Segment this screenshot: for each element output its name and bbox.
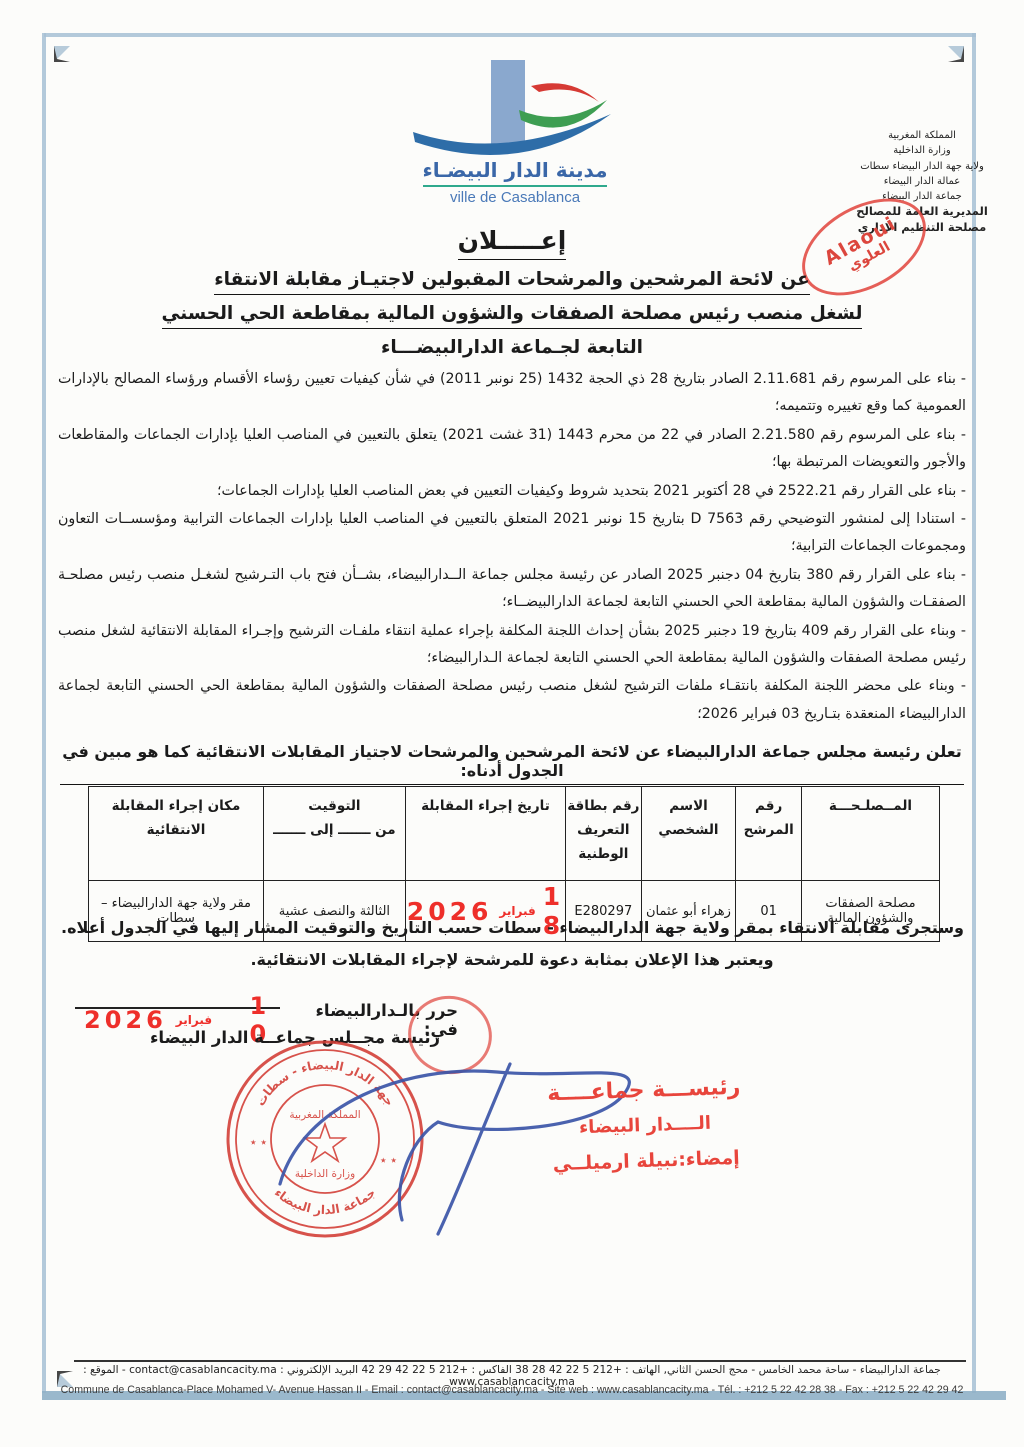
frame-right-border — [972, 33, 976, 1393]
announcement-main-title: إعـــــلان — [60, 226, 964, 260]
casablanca-city-logo: مدينة الدار البيضـاء ville de Casablanca — [398, 58, 632, 206]
col-header-id-l1: رقم بطاقة — [567, 794, 639, 818]
col-header-timing-l2: من ـــــــ إلى ـــــــ — [265, 818, 404, 842]
interview-date-month: فبراير — [499, 904, 535, 918]
legal-paragraph: - وبناء على القرار رقم 409 بتاريخ 19 دجن… — [58, 618, 966, 673]
letterhead-line: المملكة المغربية — [842, 128, 1002, 143]
col-header-interview-place: مكان إجراء المقابلة الانتقائية — [89, 787, 264, 881]
frame-corner-triangle-top-left — [54, 46, 70, 62]
invitation-note: ويعتبر هذا الإعلان بمثابة دعوة للمرشحة ل… — [60, 950, 964, 969]
interview-location-note: وستجرى مقابلة الانتقاء بمقر ولاية جهة ال… — [60, 918, 964, 937]
announcement-declaration-text: تعلن رئيسة مجلس جماعة الدارالبيضاء عن لا… — [60, 742, 964, 785]
legal-paragraph: - بناء على القرار رقم 380 بتاريخ 04 دجنب… — [58, 562, 966, 617]
col-header-service: المــصلـحـــة — [801, 787, 939, 881]
footer-separator-line — [74, 1360, 966, 1362]
col-header-timing: التوقيت من ـــــــ إلى ـــــــ — [263, 787, 405, 881]
legal-references-block: - بناء على المرسوم رقم 2.11.681 الصادر ب… — [58, 366, 966, 729]
col-header-id-l2: التعريف — [567, 818, 639, 842]
table-header-row: المــصلـحـــة رقم المرشح الاسم الشخصي رق… — [89, 787, 940, 881]
footer-contact-french: Commune de Casablanca-Place Mohamed V- A… — [55, 1384, 969, 1396]
col-header-place-text: مكان إجراء المقابلة الانتقائية — [112, 798, 241, 838]
announcement-subtitle-1: عن لائحة المرشحين والمرشحات المقبولين لا… — [60, 269, 964, 295]
frame-left-border — [42, 33, 46, 1393]
col-header-personal-name: الاسم الشخصي — [641, 787, 736, 881]
col-header-name-text: الاسم الشخصي — [658, 798, 718, 838]
legal-paragraph: - استنادا إلى لمنشور التوضيحي رقم D 7563… — [58, 506, 966, 561]
announcement-subtitle-3-text: التابعة لجـماعة الدارالبيضـــاء — [381, 337, 643, 358]
announcement-main-title-text: إعـــــلان — [458, 226, 567, 260]
scanned-announcement-document: مدينة الدار البيضـاء ville de Casablanca… — [0, 0, 1024, 1447]
col-header-number-l2: المرشح — [737, 818, 800, 842]
col-header-candidate-number: رقم المرشح — [736, 787, 802, 881]
col-header-number-l1: رقم — [737, 794, 800, 818]
letterhead-line: ولاية جهة الدار البيضاء سطات — [842, 159, 1002, 174]
col-header-timing-l1: التوقيت — [265, 794, 404, 818]
col-header-date-text: تاريخ إجراء المقابلة — [421, 798, 550, 814]
logo-title-arabic: مدينة الدار البيضـاء — [423, 158, 608, 187]
drafted-date-month: فبراير — [176, 1013, 212, 1027]
frame-top-border — [44, 33, 976, 37]
announcement-subtitle-1-text: عن لائحة المرشحين والمرشحات المقبولين لا… — [214, 269, 810, 295]
stamp-caption-line2: الــــدار البيضاء — [500, 1110, 791, 1141]
legal-paragraph: - بناء على المرسوم رقم 2.11.681 الصادر ب… — [58, 366, 966, 421]
legal-paragraph: - وبناء على محضر اللجنة المكلفة بانتقـاء… — [58, 673, 966, 728]
red-stamp-caption: رئيســـة جماعــــة الــــدار البيضاء إمض… — [498, 1073, 791, 1177]
col-header-service-text: المــصلـحـــة — [829, 798, 912, 814]
announcement-subtitle-2-text: لشغل منصب رئيس مصلحة الصفقات والشؤون الم… — [162, 303, 863, 329]
letterhead-line: عمالة الدار البيضاء — [842, 174, 1002, 189]
logo-title-french: ville de Casablanca — [398, 189, 632, 206]
legal-paragraph: - بناء على المرسوم رقم 2.21.580 الصادر ف… — [58, 422, 966, 477]
announcement-subtitle-3: التابعة لجـماعة الدارالبيضـــاء — [60, 337, 964, 358]
col-header-id-l3: الوطنية — [567, 842, 639, 866]
frame-corner-triangle-top-right — [948, 46, 964, 62]
letterhead-line: وزارة الداخلية — [842, 143, 1002, 158]
col-header-national-id: رقم بطاقة التعريف الوطنية — [566, 787, 641, 881]
legal-paragraph: - بناء على القرار رقم 2522.21 في 28 أكتو… — [58, 478, 966, 505]
announcement-title-block: إعـــــلان عن لائحة المرشحين والمرشحات ا… — [60, 226, 964, 366]
casablanca-logo-icon — [403, 58, 627, 158]
announcement-declaration-line: تعلن رئيسة مجلس جماعة الدارالبيضاء عن لا… — [60, 742, 964, 785]
col-header-interview-date: تاريخ إجراء المقابلة — [405, 787, 565, 881]
announcement-subtitle-2: لشغل منصب رئيس مصلحة الصفقات والشؤون الم… — [60, 303, 964, 329]
